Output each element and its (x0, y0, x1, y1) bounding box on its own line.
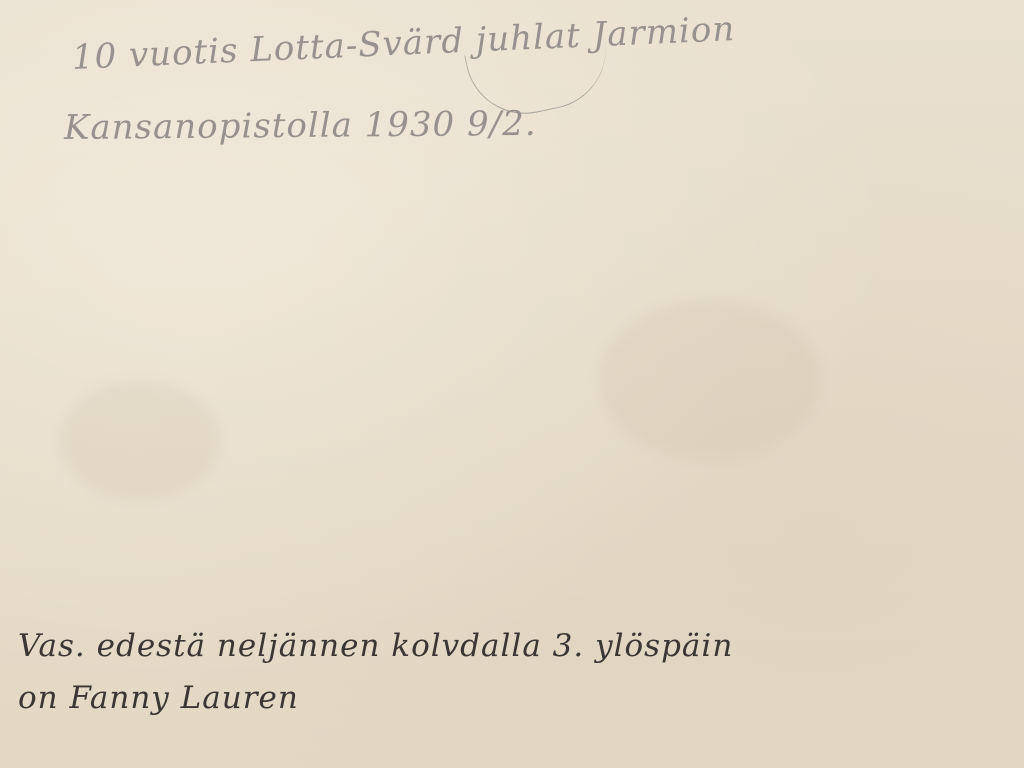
paper-stain (600, 300, 820, 460)
ink-inscription-line-1: Vas. edestä neljännen kolvdalla 3. ylösp… (18, 628, 733, 664)
ink-inscription-line-2: on Fanny Lauren (18, 680, 299, 716)
pencil-inscription-line-2: Kansanopistolla 1930 9/2. (64, 104, 537, 148)
pencil-inscription-line-1: 10 vuotis Lotta-Svärd juhlat Jarmion (71, 9, 736, 78)
photo-back-paper: 10 vuotis Lotta-Svärd juhlat Jarmion Kan… (0, 0, 1024, 768)
paper-stain (60, 380, 220, 500)
